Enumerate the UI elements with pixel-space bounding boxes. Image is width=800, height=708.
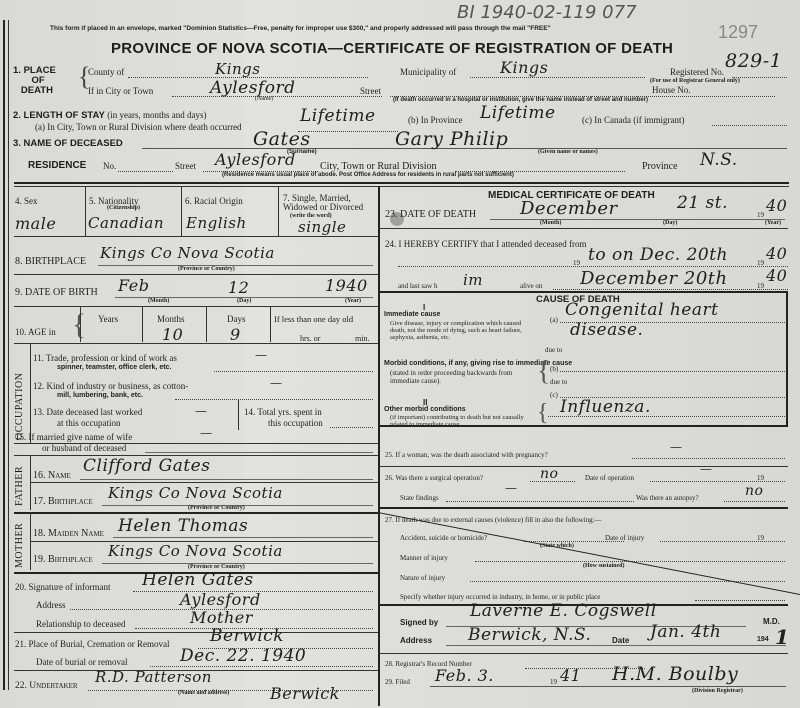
q12-value[interactable]: — xyxy=(270,376,283,390)
row-divider xyxy=(14,632,378,633)
residence-province-value[interactable]: N.S. xyxy=(700,150,738,170)
hrs-label: hrs. or xyxy=(300,334,320,343)
certify-label: 24. I HEREBY CERTIFY that I attended dec… xyxy=(385,239,587,249)
month-hint: (Month) xyxy=(148,298,169,304)
dob-year[interactable]: 1940 xyxy=(325,276,368,295)
municipality-value[interactable]: Kings xyxy=(500,58,548,77)
op-date-line xyxy=(650,481,785,482)
due-to-label-2: due to xyxy=(550,378,567,386)
informant-label: 20. Signature of informant xyxy=(15,582,110,592)
residence-city-label: City, Town or Rural Division xyxy=(320,161,437,172)
birthplace-line xyxy=(98,265,373,266)
residence-street-label: Street xyxy=(175,161,196,171)
stay-province-value[interactable]: Lifetime xyxy=(480,103,556,123)
registrar-note: (For use of Registrar General only) xyxy=(650,78,740,84)
signer-address-value[interactable]: Berwick, N.S. xyxy=(468,625,591,645)
birthplace-label: 8. BIRTHPLACE xyxy=(15,256,86,267)
registered-label: Registered No. xyxy=(670,67,724,77)
racial-value[interactable]: English xyxy=(186,214,247,232)
undertaker-hint: (Name and address) xyxy=(178,690,229,696)
relationship-value[interactable]: Mother xyxy=(190,608,253,627)
undertaker-label: 22. Undertaker xyxy=(15,681,78,691)
informant-address[interactable]: Aylesford xyxy=(180,590,261,609)
manner-label: Manner of injury xyxy=(400,554,448,562)
municipality-label: Municipality of xyxy=(400,67,456,77)
registrar-hint: (Division Registrar) xyxy=(692,688,743,694)
deceased-given[interactable]: Gary Philip xyxy=(395,128,508,150)
row-divider xyxy=(14,343,378,344)
q13-value[interactable]: — xyxy=(195,404,208,418)
q26-value[interactable]: no xyxy=(540,466,558,482)
death-certificate-page: BI 1940-02-119 077 This form if placed i… xyxy=(0,0,800,708)
county-label: County of xyxy=(88,67,124,77)
section-divider xyxy=(14,182,789,184)
filed-line xyxy=(430,686,786,687)
informant-name[interactable]: Helen Gates xyxy=(142,570,254,590)
op-date-value[interactable]: — xyxy=(700,462,713,476)
dod-year-hint: (Year) xyxy=(765,220,781,226)
burial-date-label: Date of burial or removal xyxy=(36,657,127,667)
due-to-label-1: due to xyxy=(545,346,562,354)
dod-line xyxy=(490,219,785,220)
mother-side-label: MOTHER xyxy=(14,523,25,568)
nationality-hint: (Citizenship) xyxy=(107,205,140,211)
father-birthplace-value[interactable]: Kings Co Nova Scotia xyxy=(108,484,283,502)
brace: { xyxy=(537,400,549,427)
burial-place-label: 21. Place of Burial, Cremation or Remova… xyxy=(15,639,169,649)
row-divider xyxy=(14,274,378,275)
place-of-death-label: 1. PLACE OF DEATH xyxy=(13,66,73,96)
city-label: If in City or Town xyxy=(88,86,153,96)
row-divider xyxy=(14,236,378,237)
house-label: House No. xyxy=(652,85,691,95)
dob-day[interactable]: 12 xyxy=(228,278,249,297)
attended-to[interactable]: to on Dec. 20th xyxy=(588,245,728,265)
lastsaw-label: and last saw h xyxy=(398,282,437,290)
mail-notice: This form if placed in an envelope, mark… xyxy=(50,25,551,32)
brace: { xyxy=(537,356,550,388)
father-birthplace-label: 17. Birthplace xyxy=(33,496,93,507)
q25-line xyxy=(632,458,785,459)
dob-month[interactable]: Feb xyxy=(118,276,149,295)
dod-month[interactable]: December xyxy=(520,198,618,219)
residence-label: RESIDENCE xyxy=(28,160,86,171)
other-title: Other morbid conditions xyxy=(384,406,466,413)
stay-province-label: (b) In Province xyxy=(408,115,462,125)
burial-date-line xyxy=(150,666,373,667)
filed-date[interactable]: Feb. 3. xyxy=(435,666,494,685)
cell-divider xyxy=(85,186,86,236)
months-value[interactable]: 10 xyxy=(162,325,183,344)
burial-place-value[interactable]: Berwick xyxy=(210,626,284,646)
mother-birthplace-value[interactable]: Kings Co Nova Scotia xyxy=(108,542,283,560)
cell-divider xyxy=(278,186,279,236)
q25-label: 25. If a woman, was the death associated… xyxy=(385,451,548,459)
father-side-label: FATHER xyxy=(14,466,25,506)
q11-line xyxy=(214,371,373,372)
q14-label: 14. Total yrs. spent in xyxy=(244,407,322,417)
lastsaw-year[interactable]: 40 xyxy=(766,266,787,285)
stay-city-value[interactable]: Lifetime xyxy=(300,106,376,126)
cell-divider xyxy=(206,306,207,342)
burial-date-value[interactable]: Dec. 22. 1940 xyxy=(180,646,306,666)
street-label: Street xyxy=(360,86,381,96)
months-label: Months xyxy=(157,314,185,324)
filed-label: 29. Filed xyxy=(385,678,410,686)
manner-hint: (How sustained) xyxy=(583,563,625,569)
stay-canada-line xyxy=(712,125,787,126)
residence-note: (Residence means usual place of abode. P… xyxy=(222,172,514,178)
mother-maiden-value[interactable]: Helen Thomas xyxy=(118,516,248,536)
left-border xyxy=(3,20,5,690)
min-label: min. xyxy=(355,334,369,343)
sign-year-prefix: 194 xyxy=(757,636,769,643)
attended-from-year-prefix: 19 xyxy=(573,259,580,267)
cause-a-value-2[interactable]: disease. xyxy=(570,320,643,340)
marital-value[interactable]: single xyxy=(298,218,346,236)
cell-divider xyxy=(80,306,81,342)
q12-label: 12. Kind of industry or business, as cot… xyxy=(33,381,188,391)
dod-day[interactable]: 21 st. xyxy=(677,193,728,213)
birthplace-hint: (Province or Country) xyxy=(178,266,235,272)
years-label: Years xyxy=(98,314,118,324)
lastsaw-year-prefix: 19 xyxy=(757,282,764,290)
cell-divider xyxy=(270,306,271,342)
days-label: Days xyxy=(227,314,246,324)
injury-date-label: Date of injury xyxy=(605,534,644,542)
day-hint: (Day) xyxy=(237,298,251,304)
autopsy-line xyxy=(724,501,785,502)
nature-label: Nature of injury xyxy=(400,574,445,582)
row-divider xyxy=(14,512,378,514)
q15-label-b: or husband of deceased xyxy=(42,443,126,453)
q15-label: 15. If married give name of wife xyxy=(15,432,132,442)
op-date-label: Date of operation xyxy=(585,474,634,482)
deceased-label: 3. NAME OF DECEASED xyxy=(13,138,123,149)
attended-year-prefix: 19 xyxy=(757,259,764,267)
row-divider xyxy=(378,653,788,654)
nationality-value[interactable]: Canadian xyxy=(88,214,164,232)
residence-province-label: Province xyxy=(642,161,678,172)
dob-label: 9. DATE OF BIRTH xyxy=(15,287,98,298)
stay-canada-label: (c) In Canada (if immigrant) xyxy=(582,115,684,125)
immediate-title: Immediate cause xyxy=(384,311,440,318)
marital-label: 7. Single, Married, Widowed or Divorced xyxy=(283,194,377,212)
section-divider-2 xyxy=(14,186,789,187)
occupation-bracket xyxy=(30,343,31,443)
q25-value[interactable]: — xyxy=(670,440,683,454)
sign-date-label: Date xyxy=(612,636,629,645)
length-of-stay-heading: 2. LENGTH OF STAY (in years, months and … xyxy=(13,110,206,121)
cell-divider xyxy=(181,186,182,236)
age-label: 10. AGE in xyxy=(15,327,56,337)
sign-date-value[interactable]: Jan. 4th xyxy=(650,622,721,642)
q12-line xyxy=(175,399,373,400)
birthplace-value[interactable]: Kings Co Nova Scotia xyxy=(100,244,275,262)
father-name-value[interactable]: Clifford Gates xyxy=(83,456,210,476)
attended-year[interactable]: 40 xyxy=(766,244,787,263)
row-divider xyxy=(378,507,788,509)
racial-label: 6. Racial Origin xyxy=(185,196,243,206)
dod-year[interactable]: 40 xyxy=(766,196,787,215)
residence-no-label: No. xyxy=(103,161,116,171)
father-birthplace-hint: (Province or Country) xyxy=(188,505,245,511)
deceased-surname[interactable]: Gates xyxy=(253,128,311,150)
municipality-line xyxy=(470,77,645,78)
left-border-inner xyxy=(8,20,9,690)
row-divider xyxy=(30,482,378,483)
lastsaw-pronoun[interactable]: im xyxy=(463,271,483,289)
q15-line xyxy=(145,452,373,453)
injury-year-prefix: 19 xyxy=(757,534,764,542)
undertaker-address[interactable]: Berwick xyxy=(270,684,340,703)
stay-city-line xyxy=(298,131,398,132)
q11-label: 11. Trade, profession or kind of work as xyxy=(33,353,177,363)
mother-maiden-label: 18. Maiden Name xyxy=(33,528,104,539)
undertaker-name[interactable]: R.D. Patterson xyxy=(95,668,212,686)
residence-street-value[interactable]: Aylesford xyxy=(215,150,296,169)
lastsaw-date[interactable]: December 20th xyxy=(580,268,728,289)
certify-line xyxy=(398,266,788,267)
dod-year-prefix: 19 xyxy=(757,211,764,219)
stamp-number: 1297 xyxy=(718,22,758,43)
occupation-side-label: OCCUPATION xyxy=(14,373,25,440)
q13-label: 13. Date deceased last worked xyxy=(33,407,142,417)
archive-number: BI 1940-02-119 077 xyxy=(457,2,637,23)
lastsaw-line xyxy=(553,289,788,290)
row-divider xyxy=(378,466,788,467)
signer-address-label: Address xyxy=(400,636,432,645)
accident-label: Accident, suicide or homicide? xyxy=(400,534,487,542)
name-hint: (Name) xyxy=(255,96,273,102)
sex-label: 4. Sex xyxy=(15,196,38,206)
findings-value[interactable]: — xyxy=(505,481,518,495)
specify-label: Specify whether injury occurred in indus… xyxy=(400,593,600,601)
q26-label: 26. Was there a surgical operation? xyxy=(385,474,483,482)
specify-line xyxy=(695,600,785,601)
registrar-signature[interactable]: H.M. Boulby xyxy=(612,663,738,685)
dod-label: 23. DATE OF DEATH xyxy=(385,209,476,220)
lessday-label: If less than one day old xyxy=(274,314,353,324)
father-name-label: 16. Name xyxy=(33,470,71,481)
sign-year-suffix[interactable]: 1 xyxy=(775,625,789,649)
row-divider xyxy=(378,228,788,229)
city-value[interactable]: Aylesford xyxy=(210,78,295,98)
cause-b-line xyxy=(560,371,785,372)
q14-line xyxy=(330,427,373,428)
morbid-desc: (stated in order proceeding backwards fr… xyxy=(390,369,530,385)
dod-month-hint: (Month) xyxy=(540,220,561,226)
sex-value[interactable]: male xyxy=(15,214,56,233)
cause-a-label: (a) xyxy=(550,316,558,324)
cause-a-value[interactable]: Congenital heart xyxy=(565,300,718,320)
registered-number[interactable]: 829-1 xyxy=(725,50,782,72)
mother-maiden-line xyxy=(113,537,373,538)
signer-address-line xyxy=(446,645,786,646)
given-hint: (Given name or names) xyxy=(538,149,598,155)
other-desc: (if important) contributing to death but… xyxy=(390,414,535,428)
certificate-title: PROVINCE OF NOVA SCOTIA—CERTIFICATE OF R… xyxy=(111,40,673,57)
year-hint: (Year) xyxy=(345,298,361,304)
cause-c-label: (c) xyxy=(550,391,558,399)
registered-line xyxy=(732,77,787,78)
morbid-title: Morbid conditions, if any, giving rise t… xyxy=(384,360,524,367)
cause-b-label: (b) xyxy=(550,365,558,373)
autopsy-label: Was there an autopsy? xyxy=(636,494,699,502)
stay-city-label: (a) In City, Town or Rural Division wher… xyxy=(35,122,242,132)
filed-year-prefix: 19 xyxy=(550,678,557,686)
mother-birthplace-label: 19. Birthplace xyxy=(33,554,93,565)
q13-label-b: at this occupation xyxy=(57,418,120,428)
op-year-prefix: 19 xyxy=(757,474,764,482)
q14-label-b: this occupation xyxy=(268,418,323,428)
q15-value[interactable]: — xyxy=(200,426,213,440)
days-value[interactable]: 9 xyxy=(230,325,241,344)
relationship-label: Relationship to deceased xyxy=(36,619,125,629)
q12-examples: mill, lumbering, bank, etc. xyxy=(57,392,143,399)
county-value[interactable]: Kings xyxy=(215,60,260,78)
q11-examples: spinner, teamster, office clerk, etc. xyxy=(57,364,171,371)
injury-date-line xyxy=(660,541,785,542)
filed-year[interactable]: 41 xyxy=(560,666,581,685)
signed-by-value[interactable]: Laverne E. Cogswell xyxy=(470,601,657,621)
immediate-desc: Give disease, injury or complication whi… xyxy=(390,320,530,341)
father-name-line xyxy=(80,479,373,480)
informant-address-label: Address xyxy=(36,600,66,610)
signed-by-label: Signed by xyxy=(400,618,438,627)
cell-divider xyxy=(142,306,143,342)
findings-line xyxy=(446,501,634,502)
dod-day-hint: (Day) xyxy=(663,220,677,226)
row-divider xyxy=(14,306,378,307)
other-value[interactable]: Influenza. xyxy=(560,397,651,417)
findings-label: State findings xyxy=(400,494,439,502)
alive-label: alive on xyxy=(520,282,542,290)
q11-value[interactable]: — xyxy=(255,348,268,362)
column-divider xyxy=(378,186,380,706)
residence-no-line xyxy=(118,171,173,172)
autopsy-value[interactable]: no xyxy=(745,483,763,499)
cell-divider xyxy=(238,400,239,430)
